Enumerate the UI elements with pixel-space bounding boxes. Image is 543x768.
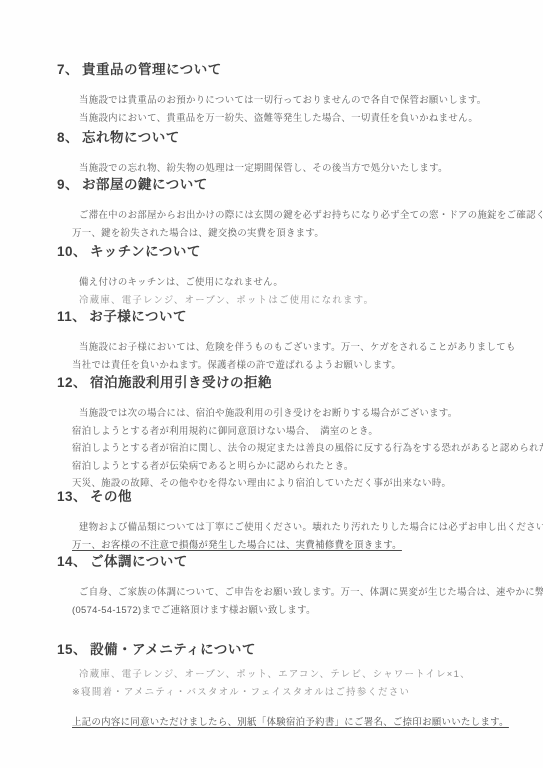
section-title: 宿泊施設利用引き受けの拒絶 (90, 375, 272, 390)
section-number: 14、 (57, 554, 87, 569)
section-body: 建物および備品類については丁寧にご使用ください。壊れたり汚れたりした場合には必ず… (0, 518, 543, 553)
section-number: 13、 (57, 489, 87, 504)
section-11-children: 11、お子様について 当施設にお子様においては、危険を伴うものもございます。万一… (0, 309, 543, 373)
section-12-refusal: 12、宿泊施設利用引き受けの拒絶 当施設では次の場合には、宿泊や施設利用の引き受… (0, 375, 543, 492)
body-line: 冷蔵庫、電子レンジ、オーブン、ポットはご使用になれます。 (72, 291, 543, 309)
body-line: ご自身、ご家族の体調について、ご申告をお願い致します。万一、体調に異変が生じた場… (72, 583, 543, 601)
section-body: 冷蔵庫、電子レンジ、オーブン、ポット、エアコン、テレビ、シャワートイレ×1、 ※… (0, 665, 543, 700)
section-15-amenities: 15、設備・アメニティについて 冷蔵庫、電子レンジ、オーブン、ポット、エアコン、… (0, 642, 543, 700)
section-14-health: 14、ご体調について ご自身、ご家族の体調について、ご申告をお願い致します。万一… (0, 554, 543, 618)
section-title: 貴重品の管理について (82, 62, 222, 77)
section-title: ご体調について (90, 554, 188, 569)
body-line: 万一、鍵を紛失された場合は、鍵交換の実費を頂きます。 (72, 224, 543, 242)
section-body: 当施設では次の場合には、宿泊や施設利用の引き受けをお断りする場合がございます。 … (0, 404, 543, 492)
section-number: 15、 (57, 642, 87, 657)
section-number: 8、 (57, 130, 79, 145)
agreement-note-row: 上記の内容に同意いただけましたら、別紙「体験宿泊予約書」にご署名、ご捺印お願いい… (0, 713, 543, 731)
body-line: 建物および備品類については丁寧にご使用ください。壊れたり汚れたりした場合には必ず… (72, 518, 543, 536)
section-heading: 14、ご体調について (57, 554, 543, 569)
section-9-room-keys: 9、お部屋の鍵について ご滞在中のお部屋からお出かけの際には玄関の鍵を必ずお持ち… (0, 177, 543, 241)
section-title: お子様について (89, 309, 187, 324)
section-number: 10、 (57, 244, 87, 259)
section-13-others: 13、その他 建物および備品類については丁寧にご使用ください。壊れたり汚れたりし… (0, 489, 543, 553)
section-number: 12、 (57, 375, 87, 390)
section-heading: 9、お部屋の鍵について (57, 177, 543, 192)
body-line: 当施設内において、貴重品を万一紛失、盗難等発生した場合、一切責任を負いかねません… (72, 109, 543, 127)
body-line: 万一、お客様の不注意で損傷が発生した場合には、実費補修費を頂きます。 (72, 536, 543, 554)
section-title: 忘れ物について (82, 130, 180, 145)
section-10-kitchen: 10、キッチンについて 備え付けのキッチンは、ご使用になれません。 冷蔵庫、電子… (0, 244, 543, 308)
body-line: (0574-54-1572)までご連絡頂けます様お願い致します。 (72, 601, 543, 619)
section-title: 設備・アメニティについて (90, 642, 256, 657)
section-body: ご自身、ご家族の体調について、ご申告をお願い致します。万一、体調に異変が生じた場… (0, 583, 543, 618)
section-heading: 10、キッチンについて (57, 244, 543, 259)
section-body: ご滞在中のお部屋からお出かけの際には玄関の鍵を必ずお持ちになり必ず全ての窓・ドア… (0, 206, 543, 241)
section-heading: 8、忘れ物について (57, 130, 543, 145)
section-number: 9、 (57, 177, 79, 192)
body-line: 当施設での忘れ物、紛失物の処理は一定期間保管し、その後当方で処分いたします。 (72, 159, 543, 177)
section-number: 7、 (57, 62, 79, 77)
body-line: 当施設では次の場合には、宿泊や施設利用の引き受けをお断りする場合がございます。 (72, 404, 543, 422)
section-heading: 11、お子様について (57, 309, 543, 324)
section-heading: 12、宿泊施設利用引き受けの拒絶 (57, 375, 543, 390)
section-heading: 13、その他 (57, 489, 543, 504)
section-7-valuables: 7、貴重品の管理について 当施設では貴重品のお預かりについては一切行っておりませ… (0, 62, 543, 126)
body-line: 備え付けのキッチンは、ご使用になれません。 (72, 273, 543, 291)
section-8-lost-items: 8、忘れ物について 当施設での忘れ物、紛失物の処理は一定期間保管し、その後当方で… (0, 130, 543, 177)
section-number: 11、 (57, 309, 86, 324)
body-line: 冷蔵庫、電子レンジ、オーブン、ポット、エアコン、テレビ、シャワートイレ×1、 (72, 665, 543, 683)
section-title: お部屋の鍵について (82, 177, 208, 192)
body-line: 宿泊しようとする者が宿泊に関し、法令の規定または善良の風俗に反する行為をする恐れ… (72, 439, 543, 457)
body-line: ご滞在中のお部屋からお出かけの際には玄関の鍵を必ずお持ちになり必ず全ての窓・ドア… (72, 206, 543, 224)
body-line: ※寝間着・アメニティ・バスタオル・フェイスタオルはご持参ください (72, 683, 543, 701)
agreement-note: 上記の内容に同意いただけましたら、別紙「体験宿泊予約書」にご署名、ご捺印お願いい… (72, 713, 543, 731)
section-title: キッチンについて (90, 244, 201, 259)
body-line: 当施設では貴重品のお預かりについては一切行っておりませんので各自で保管お願いしま… (72, 91, 543, 109)
body-line: 当施設にお子様においては、危険を伴うものもございます。万一、ケガをされることがあ… (72, 338, 543, 356)
section-body: 当施設にお子様においては、危険を伴うものもございます。万一、ケガをされることがあ… (0, 338, 543, 373)
section-body: 備え付けのキッチンは、ご使用になれません。 冷蔵庫、電子レンジ、オーブン、ポット… (0, 273, 543, 308)
section-heading: 7、貴重品の管理について (57, 62, 543, 77)
section-title: その他 (90, 489, 132, 504)
document-page: 7、貴重品の管理について 当施設では貴重品のお預かりについては一切行っておりませ… (0, 0, 543, 768)
section-body: 当施設での忘れ物、紛失物の処理は一定期間保管し、その後当方で処分いたします。 (0, 159, 543, 177)
section-body: 当施設では貴重品のお預かりについては一切行っておりませんので各自で保管お願いしま… (0, 91, 543, 126)
section-heading: 15、設備・アメニティについて (57, 642, 543, 657)
body-line: 宿泊しようとする者が伝染病であると明らかに認められたとき。 (72, 457, 543, 475)
body-line: 当社では責任を負いかねます。保護者様の許で遊ばれるようお願いします。 (72, 356, 543, 374)
body-line: 宿泊しようとする者が利用規約に御同意頂けない場合、 満室のとき。 (72, 422, 543, 440)
